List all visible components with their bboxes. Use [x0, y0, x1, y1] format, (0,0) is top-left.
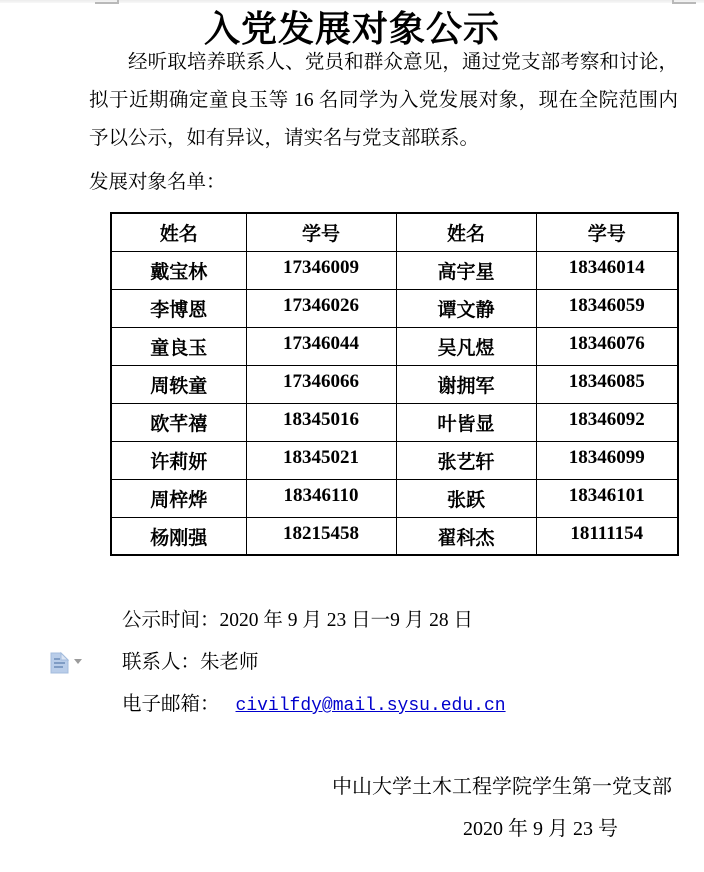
table-row: 李博恩 17346026 谭文静 18346059	[111, 289, 678, 327]
cell-name: 童良玉	[111, 327, 246, 365]
page-margin-mark-right	[672, 0, 696, 4]
intro-paragraph: 经听取培养联系人、党员和群众意见，通过党支部考察和讨论，拟于近期确定童良玉等 1…	[89, 44, 678, 158]
email-line: 电子邮箱：civilfdy@mail.sysu.edu.cn	[122, 690, 506, 721]
contact-line: 联系人：朱老师	[122, 648, 259, 678]
cell-name: 杨刚强	[111, 517, 246, 555]
cell-name: 李博恩	[111, 289, 246, 327]
table-row: 周轶童 17346066 谢拥军 18346085	[111, 365, 678, 403]
column-header-id-1: 学号	[246, 213, 396, 251]
cell-id: 18346076	[536, 327, 678, 365]
publicity-time-line: 公示时间：2020 年 9 月 23 日一9 月 28 日	[122, 606, 473, 636]
roster-table: 姓名 学号 姓名 学号 戴宝林 17346009 高宇星 18346014 李博…	[110, 212, 679, 556]
cell-id: 17346026	[246, 289, 396, 327]
document-page: 入党发展对象公示 经听取培养联系人、党员和群众意见，通过党支部考察和讨论，拟于近…	[0, 0, 704, 872]
cell-name: 谭文静	[396, 289, 536, 327]
list-label: 发展对象名单：	[89, 168, 226, 198]
cell-name: 张艺轩	[396, 441, 536, 479]
cell-name: 许莉妍	[111, 441, 246, 479]
cell-name: 吴凡煜	[396, 327, 536, 365]
cell-name: 翟科杰	[396, 517, 536, 555]
cell-name: 戴宝林	[111, 251, 246, 289]
table-row: 周梓烨 18346110 张跃 18346101	[111, 479, 678, 517]
cell-id: 18346085	[536, 365, 678, 403]
cell-id: 17346066	[246, 365, 396, 403]
cell-id: 18345016	[246, 403, 396, 441]
cell-id: 18345021	[246, 441, 396, 479]
footer-date: 2020 年 9 月 23 号	[0, 814, 618, 844]
email-link[interactable]: civilfdy@mail.sysu.edu.cn	[236, 696, 506, 716]
page-margin-mark-left	[95, 0, 119, 4]
column-header-id-2: 学号	[536, 213, 678, 251]
table-row: 戴宝林 17346009 高宇星 18346014	[111, 251, 678, 289]
footer-organization: 中山大学土木工程学院学生第一党支部	[0, 772, 672, 802]
cell-id: 18346110	[246, 479, 396, 517]
table-row: 童良玉 17346044 吴凡煜 18346076	[111, 327, 678, 365]
cell-id: 18346092	[536, 403, 678, 441]
table-row: 许莉妍 18345021 张艺轩 18346099	[111, 441, 678, 479]
cell-name: 周轶童	[111, 365, 246, 403]
cell-name: 张跃	[396, 479, 536, 517]
cell-name: 高宇星	[396, 251, 536, 289]
cell-id: 18111154	[536, 517, 678, 555]
cell-name: 周梓烨	[111, 479, 246, 517]
table-row: 欧芊禧 18345016 叶皆显 18346092	[111, 403, 678, 441]
paste-options-button[interactable]	[50, 650, 86, 676]
table-header-row: 姓名 学号 姓名 学号	[111, 213, 678, 251]
cell-id: 17346044	[246, 327, 396, 365]
cell-name: 谢拥军	[396, 365, 536, 403]
cell-id: 17346009	[246, 251, 396, 289]
cell-id: 18346059	[536, 289, 678, 327]
column-header-name-2: 姓名	[396, 213, 536, 251]
chevron-down-icon	[74, 659, 82, 664]
column-header-name-1: 姓名	[111, 213, 246, 251]
cell-id: 18346101	[536, 479, 678, 517]
table-row: 杨刚强 18215458 翟科杰 18111154	[111, 517, 678, 555]
cell-id: 18215458	[246, 517, 396, 555]
cell-id: 18346099	[536, 441, 678, 479]
email-label: 电子邮箱：	[122, 694, 220, 715]
cell-name: 叶皆显	[396, 403, 536, 441]
cell-name: 欧芊禧	[111, 403, 246, 441]
cell-id: 18346014	[536, 251, 678, 289]
